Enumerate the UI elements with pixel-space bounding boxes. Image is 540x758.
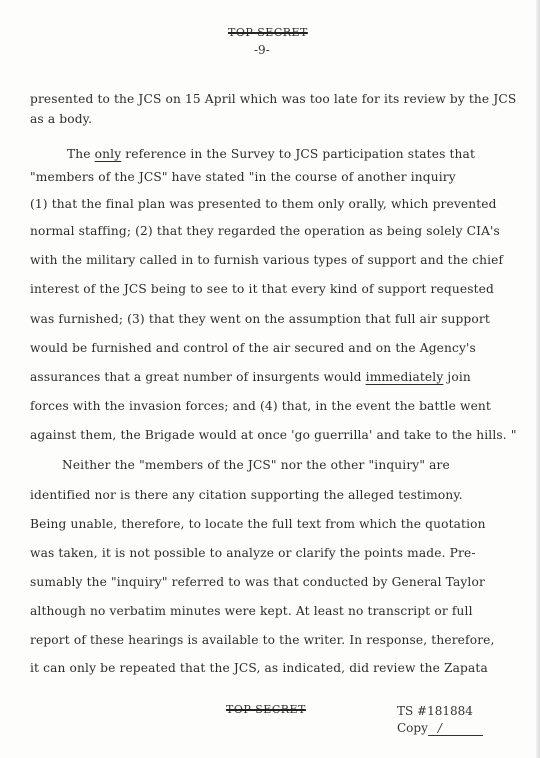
text-line: presented to the JCS on 15 April which w… — [30, 92, 516, 106]
text-segment: sumably the "inquiry" referred to was th… — [30, 575, 485, 589]
text-line: sumably the "inquiry" referred to was th… — [30, 575, 485, 589]
text-segment: reference in the Survey to JCS participa… — [121, 147, 475, 161]
text-line: assurances that a great number of insurg… — [30, 370, 471, 384]
copy-number: / — [428, 722, 483, 736]
text-line: as a body. — [30, 112, 92, 126]
text-segment: was furnished; (3) that they went on the… — [30, 312, 490, 326]
text-line: with the military called in to furnish v… — [30, 253, 503, 267]
control-number: TS #181884 — [397, 703, 483, 720]
text-line: identified nor is there any citation sup… — [30, 488, 463, 502]
text-segment: "members of the JCS" have stated "in the… — [30, 170, 456, 184]
text-segment: it can only be repeated that the JCS, as… — [30, 661, 488, 675]
text-segment: assurances that a great number of insurg… — [30, 370, 366, 384]
text-segment: as a body. — [30, 112, 92, 126]
copy-label: Copy — [397, 721, 428, 735]
underlined-emphasis: only — [95, 147, 122, 161]
page-number: -9- — [254, 43, 270, 57]
page-edge — [536, 0, 540, 758]
text-line: normal staffing; (2) that they regarded … — [30, 224, 500, 238]
text-line: although no verbatim minutes were kept. … — [30, 604, 473, 618]
text-segment: normal staffing; (2) that they regarded … — [30, 224, 500, 238]
footer-classification-marking: TOP SECRET — [226, 703, 306, 716]
text-line: The only reference in the Survey to JCS … — [67, 147, 475, 161]
underlined-emphasis: immediately — [366, 370, 444, 384]
text-line: was furnished; (3) that they went on the… — [30, 312, 490, 326]
text-line: would be furnished and control of the ai… — [30, 341, 476, 355]
document-page: TOP SECRET -9- presented to the JCS on 1… — [0, 0, 540, 758]
text-line: "members of the JCS" have stated "in the… — [30, 170, 456, 184]
copy-line: Copy/ — [397, 720, 483, 737]
text-segment: forces with the invasion forces; and (4)… — [30, 399, 491, 413]
text-line: (1) that the final plan was presented to… — [30, 197, 497, 211]
text-segment: Being unable, therefore, to locate the f… — [30, 517, 486, 531]
text-segment: (1) that the final plan was presented to… — [30, 197, 497, 211]
text-segment: with the military called in to furnish v… — [30, 253, 503, 267]
text-segment: The — [67, 147, 95, 161]
text-line: against them, the Brigade would at once … — [30, 428, 517, 442]
text-segment: against them, the Brigade would at once … — [30, 428, 517, 442]
header-classification-marking: TOP SECRET — [228, 26, 308, 39]
text-segment: would be furnished and control of the ai… — [30, 341, 476, 355]
text-segment: was taken, it is not possible to analyze… — [30, 546, 476, 560]
text-line: Being unable, therefore, to locate the f… — [30, 517, 486, 531]
text-line: it can only be repeated that the JCS, as… — [30, 661, 488, 675]
text-line: was taken, it is not possible to analyze… — [30, 546, 476, 560]
text-line: interest of the JCS being to see to it t… — [30, 282, 494, 296]
text-segment: although no verbatim minutes were kept. … — [30, 604, 473, 618]
text-segment: identified nor is there any citation sup… — [30, 488, 463, 502]
text-line: report of these hearings is available to… — [30, 633, 495, 647]
text-segment: Neither the "members of the JCS" nor the… — [62, 458, 450, 472]
control-block: TS #181884 Copy/ — [397, 703, 483, 737]
text-segment: join — [443, 370, 471, 384]
text-segment: report of these hearings is available to… — [30, 633, 495, 647]
text-segment: interest of the JCS being to see to it t… — [30, 282, 494, 296]
text-line: forces with the invasion forces; and (4)… — [30, 399, 491, 413]
text-line: Neither the "members of the JCS" nor the… — [62, 458, 450, 472]
text-segment: presented to the JCS on 15 April which w… — [30, 92, 516, 106]
